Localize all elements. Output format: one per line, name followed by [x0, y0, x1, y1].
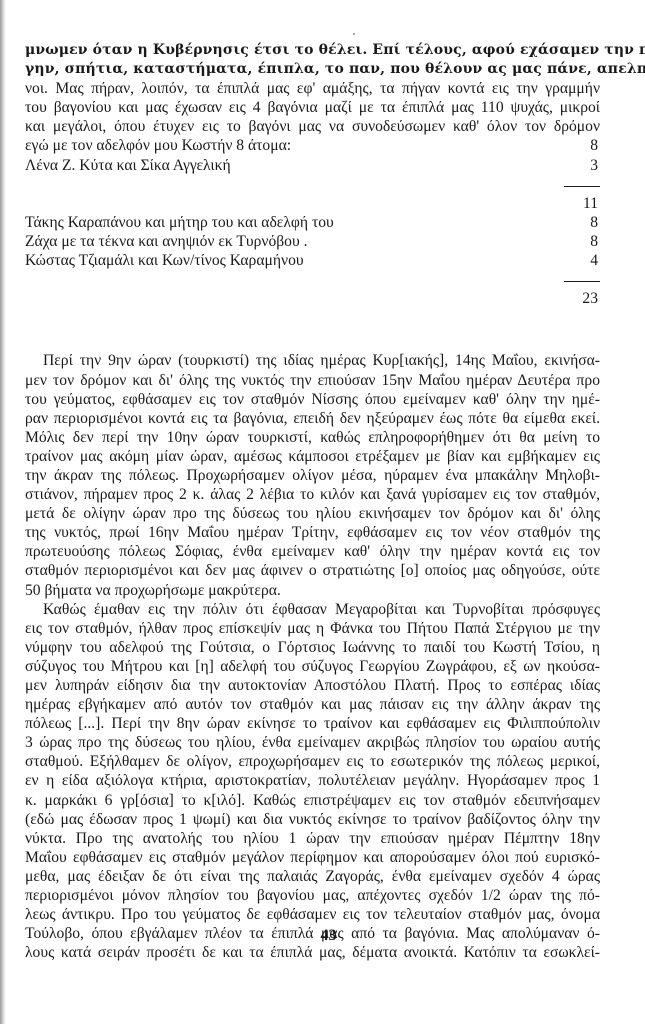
blank-line: [25, 308, 600, 327]
text-line: Περί την 9ην ώραν (τουρκιστί) της ιδίας …: [25, 351, 600, 370]
text-line: τραίνον μας ακόμη μίαν ώραν, αμέσως κάμπ…: [25, 447, 600, 466]
tally-label: Τάκης Καραπάνου και μήτηρ του και αδελφή…: [25, 213, 334, 232]
tally-label: Λένα Ζ. Κύτα και Σίκα Αγγελική: [25, 156, 231, 175]
sum-rule-row: [25, 270, 600, 289]
text-line: νοι. Μας πήραν, λοιπόν, τα έπιπλά μας εφ…: [25, 79, 600, 98]
sum-rule: [564, 281, 600, 282]
text-line: μεν λυπηράν είδησιν δια την αυτοκτονίαν …: [25, 676, 600, 695]
text-line: στιάνον, πήραμεν προς 2 κ. άλας 2 λέβια …: [25, 485, 600, 504]
page-number: 43: [0, 927, 645, 945]
text-line: λους κατά σειράν προσέτι δε και τα έπιπλ…: [25, 943, 600, 962]
text-line: 50 βήματα να προχωρήσωμε μακρύτερα.: [25, 581, 600, 600]
paragraph-2: Καθώς έμαθαν εις την πόλιν ότι έφθασαν Μ…: [25, 600, 600, 963]
sum-rule: [564, 186, 600, 187]
total-row: 23: [25, 289, 600, 308]
text-line: μεν τον δρόμον και δι' όλης της νυκτός τ…: [25, 371, 600, 390]
total-value: 23: [582, 289, 598, 308]
text-line: μετά δε ολίγην ώραν προ της δύσεως του η…: [25, 504, 600, 523]
tally-count: 3: [590, 156, 598, 175]
text-line: Μαΐου εφθάσαμεν εις σταθμόν μεγάλον περί…: [25, 848, 600, 867]
text-line: σταθμού. Εξήλθαμεν δε ολίγον, επροχωρήσα…: [25, 752, 600, 771]
text-line: σύζυγος του Μήτρου και [η] αδελφή του σύ…: [25, 657, 600, 676]
text-line: κ. μαρκάκι 6 γρ[όσια] το κ[ιλό]. Καθώς ε…: [25, 791, 600, 810]
tally-count: 8: [590, 232, 598, 251]
text-line: του βαγονίου και μας έχωσαν εις 4 βαγόνι…: [25, 98, 600, 117]
page-edge-shadow: [0, 0, 6, 1024]
tally-count: 4: [590, 251, 598, 270]
text-line: Μόλις δεν περί την 10ην ώραν τουρκιστί, …: [25, 428, 600, 447]
tally-row: εγώ με τον αδελφόν μου Κωστήν 8 άτομα: 8: [25, 136, 600, 155]
text-line: 3 ώρας προ της δύσεως του ηλίου, ένθα εμ…: [25, 733, 600, 752]
text-line: σταθμόν περιορισμένοι και δεν μας άφινεν…: [25, 561, 600, 580]
text-line: Καθώς έμαθαν εις την πόλιν ότι έφθασαν Μ…: [25, 600, 600, 619]
text-line: εν η είδα αξιόλογα κτήρια, αριστοκρατίαν…: [25, 771, 600, 790]
tally-row: Λένα Ζ. Κύτα και Σίκα Αγγελική 3: [25, 156, 600, 175]
text-line: και μεγάλοι, όπου έτυχεν εις το βαγόνι μ…: [25, 117, 600, 136]
text-line: γην, σπήτια, καταστήματα, έπιπλα, το παν…: [25, 60, 600, 79]
text-line: λεως άντικρυ. Προ του γεύματος δε εφθάσα…: [25, 905, 600, 924]
text-line: εις τον σταθμόν, ήλθαν προς επίσκεψίν μα…: [25, 619, 600, 638]
tally-row: Ζάχα με τα τέκνα και ανηψιόν εκ Τυρνόβου…: [25, 232, 600, 251]
tally-label: εγώ με τον αδελφόν μου Κωστήν 8 άτομα:: [25, 136, 291, 155]
subtotal-row: 11: [25, 194, 600, 213]
paragraph-gap: [25, 327, 600, 351]
text-line: νύμφην του αδελφού της Γούτσια, ο Γόρτσι…: [25, 638, 600, 657]
text-line: την άκραν της πόλεως. Προχωρήσαμεν ολίγο…: [25, 466, 600, 485]
page-body: μνωμεν όταν η Κυβέρνησις έτσι το θέλει. …: [25, 41, 600, 962]
speck: [353, 33, 355, 35]
text-line: ραν περιορισμένοι κοντά εις τα βαγόνια, …: [25, 409, 600, 428]
text-line: ημέρας εβγήκαμεν από αυτόν τον σταθμόν κ…: [25, 695, 600, 714]
text-line: του γεύματος, εφθάσαμεν εις τον σταθμόν …: [25, 390, 600, 409]
tally-count: 8: [590, 213, 598, 232]
text-line: περιορισμένοι μόνον πλησίον του βαγονίου…: [25, 886, 600, 905]
text-line: πόλεως [...]. Περί την 8ην ώραν εκίνησε …: [25, 714, 600, 733]
sum-rule-row: [25, 175, 600, 194]
text-line: πρωτευούσης πόλεως Σόφιας, ένθα εμείναμε…: [25, 542, 600, 561]
text-line: (εδώ μας έδωσαν προς 1 ψωμί) και δια νυκ…: [25, 810, 600, 829]
tally-row: Τάκης Καραπάνου και μήτηρ του και αδελφή…: [25, 213, 600, 232]
tally-label: Κώστας Τζιαμάλι και Κων/τίνος Καραμήνου: [25, 251, 304, 270]
text-line: μεθα, μας έδειξαν δε ότι είναι της παλαι…: [25, 867, 600, 886]
text-line: μνωμεν όταν η Κυβέρνησις έτσι το θέλει. …: [25, 41, 600, 60]
paragraph-1: Περί την 9ην ώραν (τουρκιστί) της ιδίας …: [25, 351, 600, 599]
tally-count: 8: [590, 136, 598, 155]
tally-label: Ζάχα με τα τέκνα και ανηψιόν εκ Τυρνόβου…: [25, 232, 307, 251]
subtotal-value: 11: [583, 194, 598, 213]
tally-row: Κώστας Τζιαμάλι και Κων/τίνος Καραμήνου …: [25, 251, 600, 270]
text-line: νύκτα. Προ της ανατολής του ηλίου 1 ώραν…: [25, 829, 600, 848]
text-line: της νυκτός, πρωί 16ην Μαΐου ημέραν Τρίτη…: [25, 523, 600, 542]
